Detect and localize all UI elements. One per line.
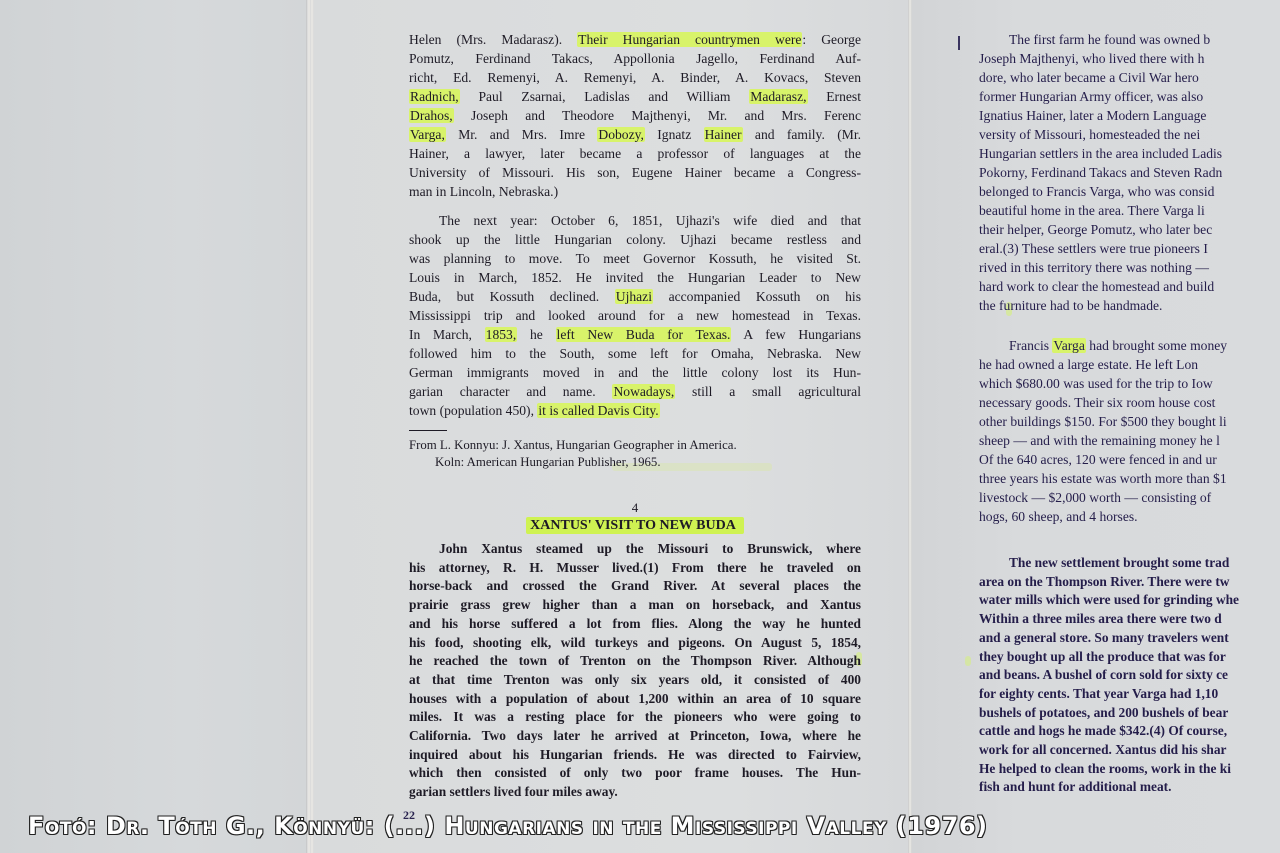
- margin-mark: [958, 36, 960, 50]
- text-line: Varga, Mr. and Mrs. Imre Dobozy, Ignatz …: [409, 125, 861, 144]
- section-number: 4: [409, 499, 861, 516]
- paragraph-new-settlement: The new settlement brought some tradarea…: [979, 554, 1280, 797]
- text-line: Pomutz, Ferdinand Takacs, Appollonia Jag…: [409, 49, 861, 68]
- text-line: necessary goods. Their six room house co…: [979, 393, 1280, 412]
- text-line: horse-back and crossed the Grand River. …: [409, 577, 861, 596]
- text-line: sheep — and with the remaining money he …: [979, 431, 1280, 450]
- highlighted-text: left New Buda for Texas.: [556, 327, 732, 342]
- text-line: The first farm he found was owned b: [979, 30, 1280, 49]
- left-page-text: Helen (Mrs. Madarasz). Their Hungarian c…: [409, 30, 861, 802]
- text-line: followed him to the South, some left for…: [409, 344, 861, 363]
- paragraph-first-farm: The first farm he found was owned bJosep…: [979, 30, 1280, 315]
- text-line: for eighty cents. That year Varga had 1,…: [979, 685, 1280, 704]
- text-line: Helen (Mrs. Madarasz). Their Hungarian c…: [409, 30, 861, 49]
- highlighted-text: Varga: [1052, 338, 1085, 353]
- text-line: prairie grass grew higher than a man on …: [409, 596, 861, 615]
- text-line: Radnich, Paul Zsarnai, Ladislas and Will…: [409, 87, 861, 106]
- text-line: Francis Varga had brought some money: [979, 336, 1280, 355]
- paragraph-xantus-visit: John Xantus steamed up the Missouri to B…: [409, 540, 861, 802]
- text-line: beautiful home in the area. There Varga …: [979, 201, 1280, 220]
- text-line: he reached the town of Trenton on the Th…: [409, 652, 861, 671]
- highlighted-text: Drahos,: [409, 108, 454, 123]
- text-line: California. Two days later he arrived at…: [409, 727, 861, 746]
- text-line: which $680.00 was used for the trip to I…: [979, 374, 1280, 393]
- text-line: and his horse suffered a lot from flies.…: [409, 615, 861, 634]
- text-line: The new settlement brought some trad: [979, 554, 1280, 573]
- text-line: belonged to Francis Varga, who was consi…: [979, 182, 1280, 201]
- text-line: and beans. A bushel of corn sold for six…: [979, 666, 1280, 685]
- highlighted-text: Hainer: [704, 127, 743, 142]
- footnote: From L. Konnyu: J. Xantus, Hungarian Geo…: [409, 437, 861, 471]
- highlighted-text: Radnich,: [409, 89, 460, 104]
- text-line: at that time Trenton was only six years …: [409, 671, 861, 690]
- photo-caption: Fotó: Dr. Tóth G., Könnyü: (...) Hungari…: [28, 812, 1268, 840]
- paragraph-countrymen: Helen (Mrs. Madarasz). Their Hungarian c…: [409, 30, 861, 201]
- footnote-rule: [409, 430, 447, 431]
- section-title: XANTUS' VISIT TO NEW BUDA: [409, 516, 861, 536]
- highlighted-text: Nowadays,: [612, 384, 675, 399]
- text-line: which then consisted of only two poor fr…: [409, 764, 861, 783]
- text-line: Within a three miles area there were two…: [979, 610, 1280, 629]
- text-line: they bought up all the produce that was …: [979, 648, 1280, 667]
- text-line: Buda, but Kossuth declined. Ujhazi accom…: [409, 287, 861, 306]
- text-line: three years his estate was worth more th…: [979, 469, 1280, 488]
- text-line: their helper, George Pomutz, who later b…: [979, 220, 1280, 239]
- text-line: Louis in March, 1852. He invited the Hun…: [409, 268, 861, 287]
- text-line: versity of Missouri, homesteaded the nei: [979, 125, 1280, 144]
- text-line: inquired about his Hungarian friends. He…: [409, 746, 861, 765]
- text-line: He helped to clean the rooms, work in th…: [979, 760, 1280, 779]
- text-line: houses with a population of about 1,200 …: [409, 690, 861, 709]
- highlighted-text: Varga,: [409, 127, 446, 142]
- text-line: his food, shooting elk, wild turkeys and…: [409, 634, 861, 653]
- paragraph-ujhazi: The next year: October 6, 1851, Ujhazi's…: [409, 211, 861, 420]
- text-line: cattle and hogs he made $342.(4) Of cour…: [979, 722, 1280, 741]
- text-line: Hainer, a lawyer, later became a profess…: [409, 144, 861, 163]
- text-line: and a general store. So many travelers w…: [979, 629, 1280, 648]
- text-line: Drahos, Joseph and Theodore Majthenyi, M…: [409, 106, 861, 125]
- text-line: Mississippi trip and looked around for a…: [409, 306, 861, 325]
- highlighted-text: Ujhazi: [615, 289, 653, 304]
- text-line: area on the Thompson River. There were t…: [979, 573, 1280, 592]
- text-line: dore, who later became a Civil War hero: [979, 68, 1280, 87]
- text-line: Ignatius Hainer, later a Modern Language: [979, 106, 1280, 125]
- text-line: Of the 640 acres, 120 were fenced in and…: [979, 450, 1280, 469]
- text-line: eral.(3) These settlers were true pionee…: [979, 239, 1280, 258]
- text-line: miles. It was a resting place for the pi…: [409, 708, 861, 727]
- text-line: rived in this territory there was nothin…: [979, 258, 1280, 277]
- text-line: work for all concerned. Xantus did his s…: [979, 741, 1280, 760]
- text-line: Joseph Majthenyi, who lived there with h: [979, 49, 1280, 68]
- paragraph-francis-varga: Francis Varga had brought some money he …: [979, 336, 1280, 526]
- text-line: hard work to clear the homestead and bui…: [979, 277, 1280, 296]
- highlighted-text: 1853,: [485, 327, 518, 342]
- text-line: German immigrants moved in and the littl…: [409, 363, 861, 382]
- table-surface: [0, 0, 310, 853]
- text-line: Hungarian settlers in the area included …: [979, 144, 1280, 163]
- text-line: the furniture had to be handmade.: [979, 296, 1280, 315]
- text-line: he had owned a large estate. He left Lon: [979, 355, 1280, 374]
- footnote-line-1: From L. Konnyu: J. Xantus, Hungarian Geo…: [409, 437, 861, 454]
- text-line: The next year: October 6, 1851, Ujhazi's…: [409, 211, 861, 230]
- section-title-text: XANTUS' VISIT TO NEW BUDA: [526, 517, 744, 534]
- text-line: John Xantus steamed up the Missouri to B…: [409, 540, 861, 559]
- text-line: shook up the little Hungarian colony. Uj…: [409, 230, 861, 249]
- text-line: Pokorny, Ferdinand Takacs and Steven Rad…: [979, 163, 1280, 182]
- text-line: garian character and name. Nowadays, sti…: [409, 382, 861, 401]
- highlighted-text: Dobozy,: [597, 127, 645, 142]
- text-line: his attorney, R. H. Musser lived.(1) Fro…: [409, 559, 861, 578]
- text-line: other buildings $150. For $500 they boug…: [979, 412, 1280, 431]
- text-line: In March, 1853, he left New Buda for Tex…: [409, 325, 861, 344]
- highlighted-text: Madarasz,: [749, 89, 807, 104]
- text-line: water mills which were used for grinding…: [979, 591, 1280, 610]
- text-line: fish and hunt for additional meat.: [979, 778, 1280, 797]
- text-line: University of Missouri. His son, Eugene …: [409, 163, 861, 182]
- footnote-line-2: Koln: American Hungarian Publisher, 1965…: [409, 454, 861, 471]
- highlighter-smudge: [965, 656, 971, 666]
- highlighted-text: Their Hungarian countrymen were: [577, 32, 802, 47]
- text-line: town (population 450), it is called Davi…: [409, 401, 861, 420]
- right-page-text: The first farm he found was owned bJosep…: [979, 30, 1280, 797]
- text-line: livestock — $2,000 worth — consisting of: [979, 488, 1280, 507]
- text-line: garian settlers lived four miles away.: [409, 783, 861, 802]
- text-line: hogs, 60 sheep, and 4 horses.: [979, 507, 1280, 526]
- text-line: man in Lincoln, Nebraska.): [409, 182, 861, 201]
- text-line: bushels of potatoes, and 200 bushels of …: [979, 704, 1280, 723]
- text-line: former Hungarian Army officer, was also: [979, 87, 1280, 106]
- text-line: richt, Ed. Remenyi, A. Remenyi, A. Binde…: [409, 68, 861, 87]
- highlighted-text: it is called Davis City.: [537, 403, 659, 418]
- text-line: was planning to move. To meet Governor K…: [409, 249, 861, 268]
